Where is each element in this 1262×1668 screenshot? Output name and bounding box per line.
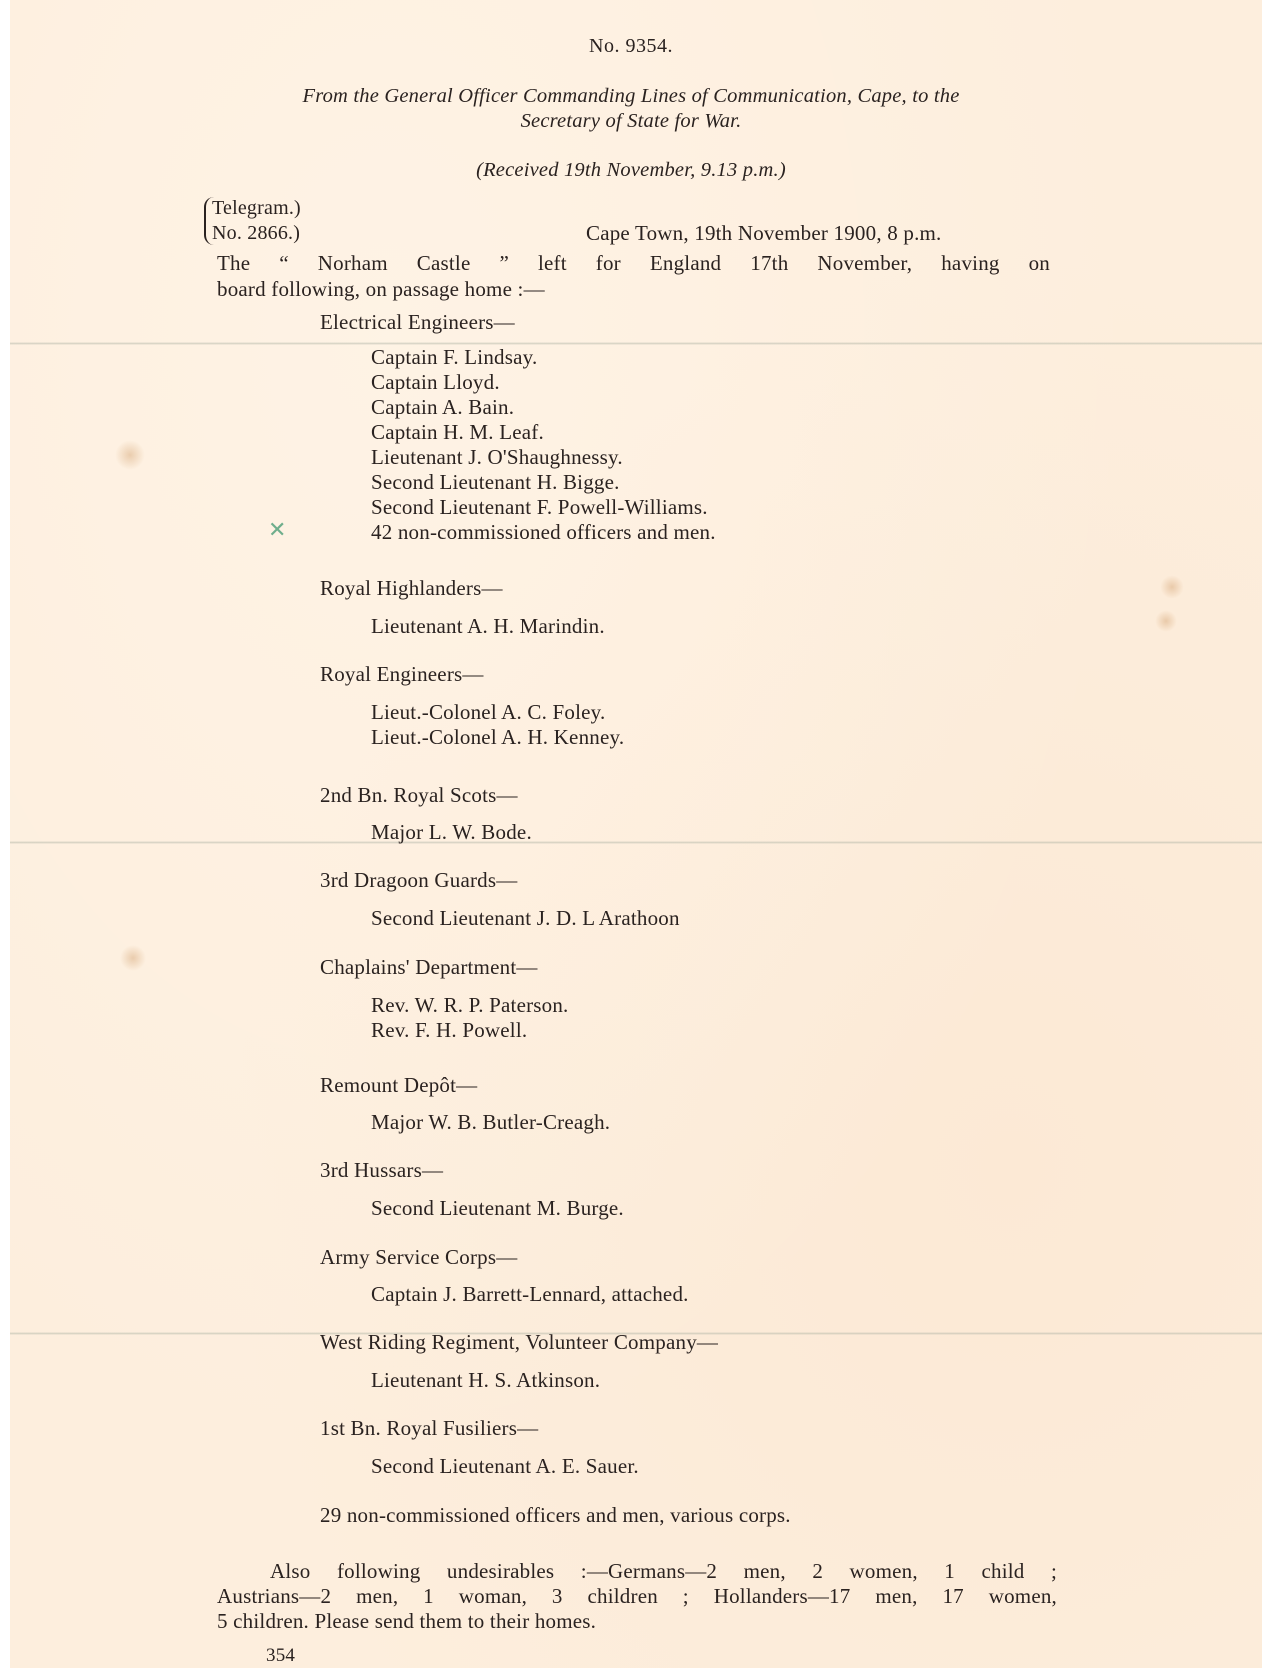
- list-item: Captain J. Barrett-Lennard, attached.: [371, 1282, 689, 1307]
- undesirables-paragraph-line-1: Also following undesirables :—Germans—2 …: [270, 1559, 1057, 1584]
- list-item: Captain F. Lindsay.: [371, 345, 537, 370]
- paper-stain: [120, 945, 146, 971]
- document-number: No. 9354.: [0, 34, 1262, 59]
- section-heading-royal-fusiliers: 1st Bn. Royal Fusiliers—: [320, 1416, 538, 1441]
- paper-fold-line: [10, 841, 1262, 844]
- section-heading-hussars: 3rd Hussars—: [320, 1158, 443, 1183]
- section-heading-royal-scots: 2nd Bn. Royal Scots—: [320, 783, 518, 808]
- list-item: Lieut.-Colonel A. H. Kenney.: [371, 725, 624, 750]
- undesirables-paragraph-line-3: 5 children. Please send them to their ho…: [217, 1609, 596, 1634]
- list-item: Second Lieutenant H. Bigge.: [371, 470, 620, 495]
- section-heading-west-riding-regiment: West Riding Regiment, Volunteer Company—: [320, 1330, 718, 1355]
- list-item: Second Lieutenant M. Burge.: [371, 1196, 624, 1221]
- list-item: Lieutenant A. H. Marindin.: [371, 614, 605, 639]
- list-item: Lieut.-Colonel A. C. Foley.: [371, 700, 605, 725]
- paper-stain: [1155, 610, 1177, 632]
- list-item: Major W. B. Butler-Creagh.: [371, 1110, 610, 1135]
- list-item: Rev. W. R. P. Paterson.: [371, 993, 569, 1018]
- section-heading-remount-depot: Remount Depôt—: [320, 1073, 477, 1098]
- intro-paragraph-line-1: The “ Norham Castle ” left for England 1…: [217, 251, 1050, 276]
- list-item: Major L. W. Bode.: [371, 820, 532, 845]
- list-item: Captain H. M. Leaf.: [371, 420, 544, 445]
- list-item: Lieutenant H. S. Atkinson.: [371, 1368, 600, 1393]
- section-heading-dragoon-guards: 3rd Dragoon Guards—: [320, 868, 517, 893]
- paper-fold-line: [10, 342, 1262, 345]
- section-heading-royal-highlanders: Royal Highlanders—: [320, 576, 503, 601]
- summary-line: 29 non-commissioned officers and men, va…: [320, 1503, 791, 1528]
- received-timestamp: (Received 19th November, 9.13 p.m.): [0, 158, 1262, 183]
- list-item: Lieutenant J. O'Shaughnessy.: [371, 445, 623, 470]
- page-number: 354: [266, 1643, 295, 1668]
- intro-paragraph-line-2: board following, on passage home :—: [217, 277, 545, 302]
- section-heading-electrical-engineers: Electrical Engineers—: [320, 310, 515, 335]
- list-item: Second Lieutenant A. E. Sauer.: [371, 1454, 639, 1479]
- margin-cross-mark-icon: ✕: [268, 518, 286, 543]
- section-heading-royal-engineers: Royal Engineers—: [320, 662, 484, 687]
- telegram-label: Telegram.): [212, 196, 301, 221]
- list-item: Second Lieutenant J. D. L Arathoon: [371, 906, 680, 931]
- paper-stain: [115, 440, 145, 470]
- list-item: Captain Lloyd.: [371, 370, 500, 395]
- telegram-number: No. 2866.): [212, 221, 300, 246]
- list-item: Captain A. Bain.: [371, 395, 514, 420]
- dateline: Cape Town, 19th November 1900, 8 p.m.: [586, 221, 942, 246]
- list-item: Rev. F. H. Powell.: [371, 1018, 527, 1043]
- list-item: Second Lieutenant F. Powell-Williams.: [371, 495, 708, 520]
- to-line: Secretary of State for War.: [0, 109, 1262, 134]
- section-heading-army-service-corps: Army Service Corps—: [320, 1245, 517, 1270]
- from-line: From the General Officer Commanding Line…: [0, 84, 1262, 109]
- section-heading-chaplains-department: Chaplains' Department—: [320, 955, 538, 980]
- undesirables-paragraph-line-2: Austrians—2 men, 1 woman, 3 children ; H…: [217, 1584, 1057, 1609]
- paper-stain: [1160, 575, 1184, 599]
- list-item: 42 non-commissioned officers and men.: [371, 520, 716, 545]
